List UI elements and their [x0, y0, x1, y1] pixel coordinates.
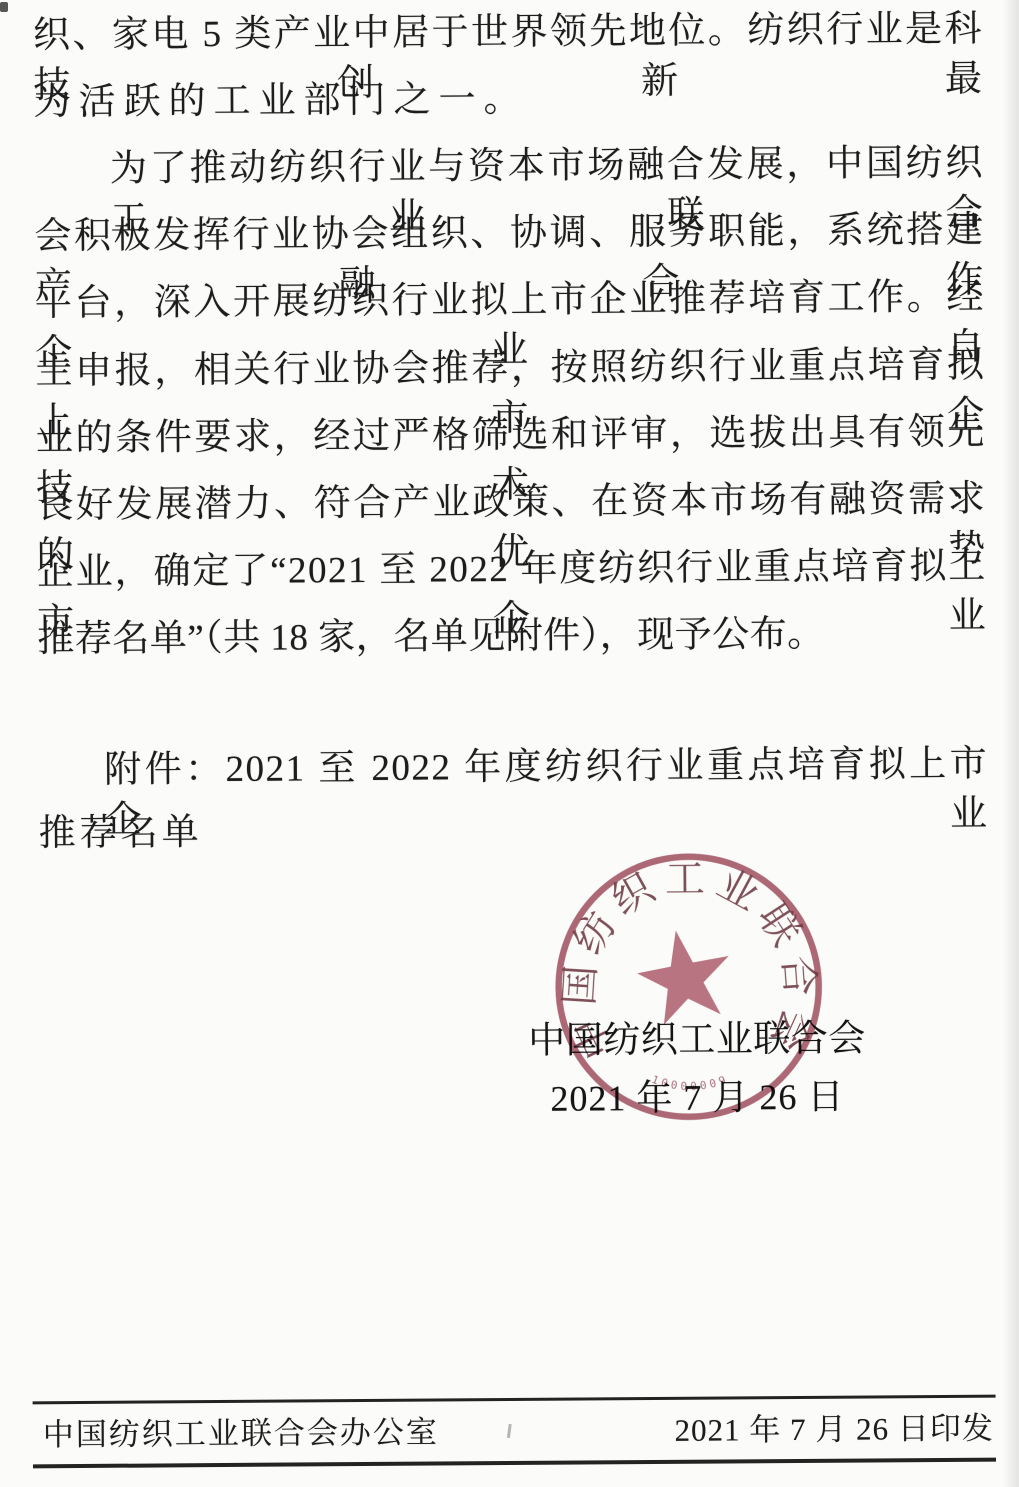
body-line: 良好发展潜力、符合产业政策、在资本市场有融资需求的优势 [36, 475, 986, 532]
body-line: 推荐名单”（共 18 家，名单见附件），现予公布。 [37, 609, 987, 666]
body-line: 为活跃的工业部门之一。 [33, 72, 983, 129]
body-line: 会积极发挥行业协会组织、协调、服务职能，系统搭建产融合作 [34, 206, 984, 263]
body-line: 业的条件要求，经过严格筛选和评审，选拔出具有领先技术、 [36, 408, 986, 465]
scan-corner-speck [0, 2, 8, 12]
footer-issuer: 中国纺织工业联合会办公室 [43, 1412, 439, 1457]
scanned-document-page: { "page": { "bg": "#fbfbfa", "ink": "#1d… [0, 0, 1019, 1487]
document-page: 织、家电 5 类产业中居于世界领先地位。纺织行业是科技创新最 为活跃的工业部门之… [0, 0, 1019, 1487]
body-line: 平台，深入开展纺织行业拟上市企业推荐培育工作。经企业自 [35, 273, 985, 330]
attachment-line: 推荐名单 [38, 803, 988, 860]
footer-rule-top [33, 1395, 996, 1405]
footer-print-date: 2021 年 7 月 26 日印发 [674, 1408, 994, 1452]
red-star-icon [637, 930, 729, 1025]
footer-rule-bottom [33, 1458, 996, 1469]
attachment-line: 附件：2021 至 2022 年度纺织行业重点培育拟上市企业 [38, 740, 988, 797]
body-line: 为了推动纺织行业与资本市场融合发展，中国纺织工业联合 [34, 139, 984, 196]
body-line: 织、家电 5 类产业中居于世界领先地位。纺织行业是科技创新最 [33, 5, 983, 62]
body-line: 企业，确定了“2021 至 2022 年度纺织行业重点培育拟上市企业 [37, 542, 987, 599]
official-seal-stamp: 中国纺织工业联合会 1100000096 [546, 844, 834, 1132]
body-line: 主申报，相关行业协会推荐，按照纺织行业重点培育拟上市企 [35, 341, 985, 398]
scan-artifact-mark [507, 1424, 512, 1438]
